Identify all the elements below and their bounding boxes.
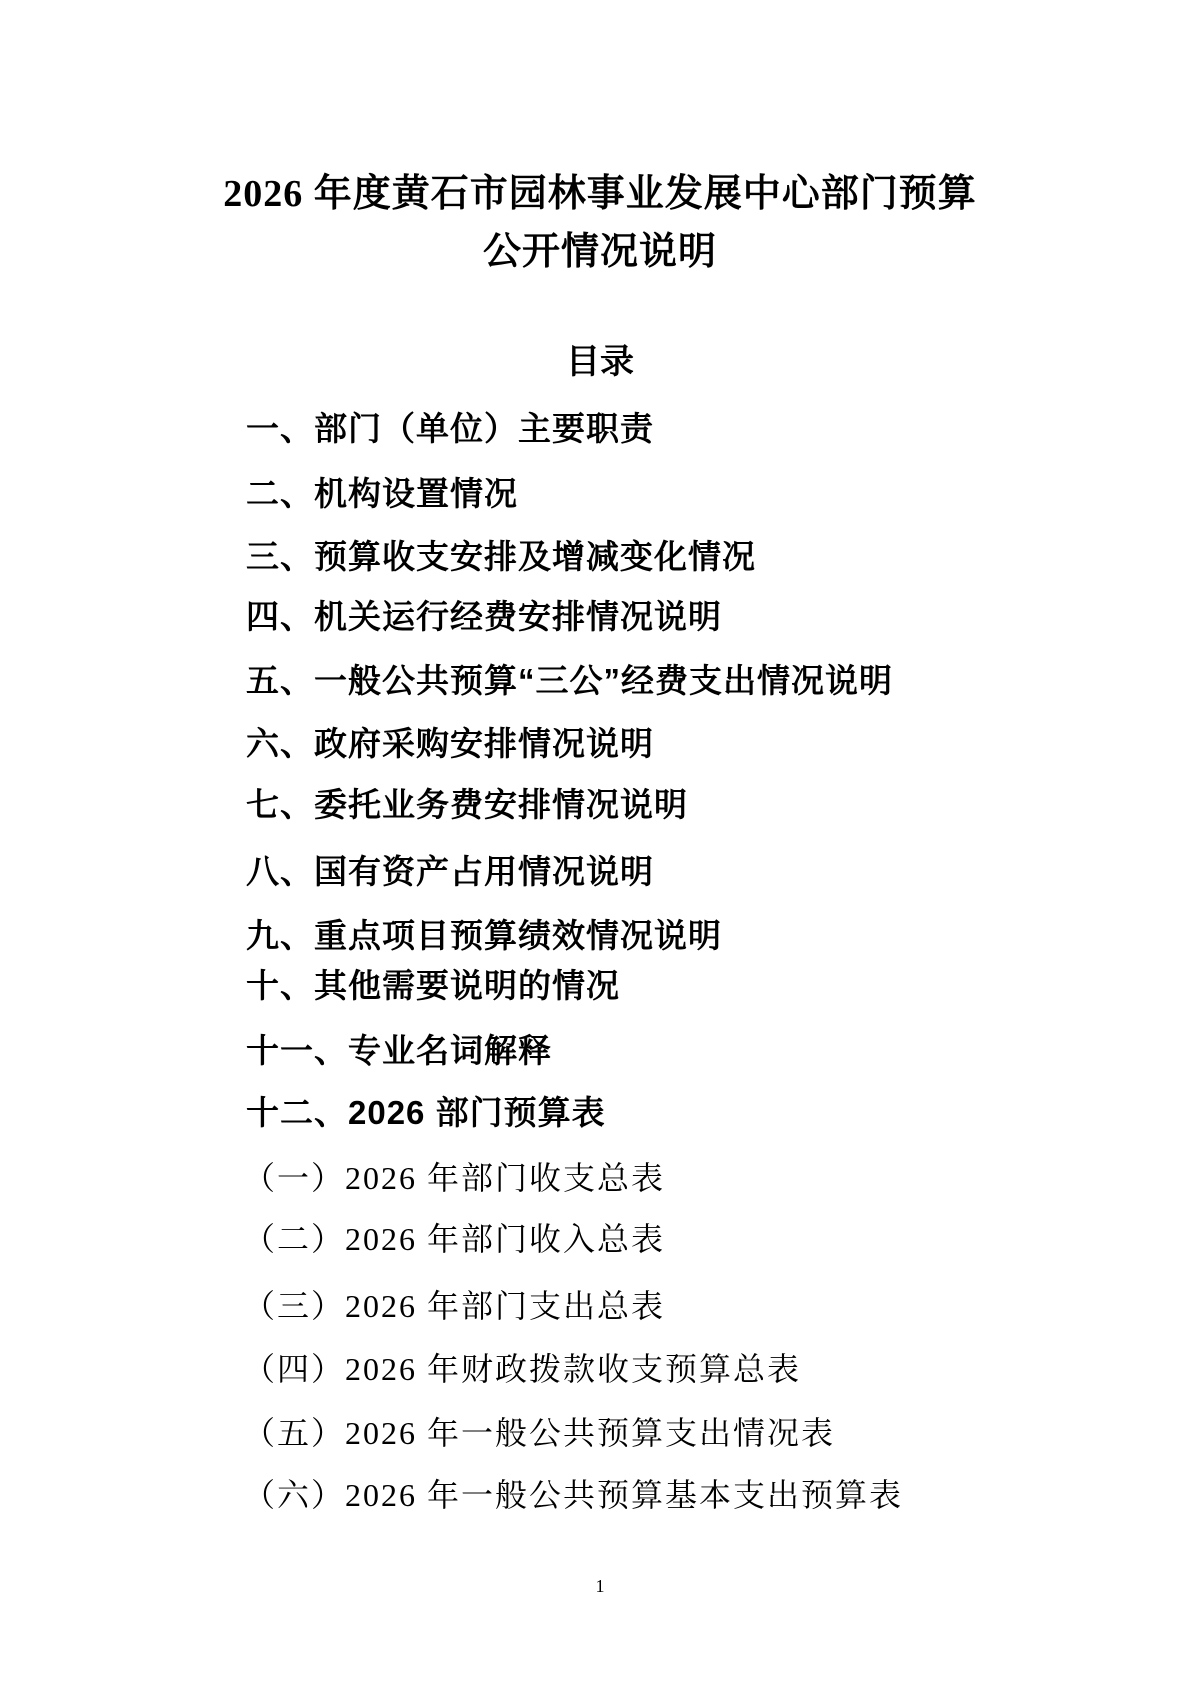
toc-subitem-1: （一）2026 年部门收支总表 bbox=[243, 1161, 665, 1195]
toc-item-12: 十二、2026 部门预算表 bbox=[246, 1096, 606, 1130]
toc-item-9: 九、重点项目预算绩效情况说明 bbox=[246, 919, 722, 953]
toc-item-1: 一、部门（单位）主要职责 bbox=[246, 412, 654, 446]
document-title: 2026 年度黄石市园林事业发展中心部门预算 公开情况说明 bbox=[0, 165, 1200, 281]
toc-heading: 目录 bbox=[0, 344, 1200, 380]
toc-item-5: 五、一般公共预算“三公”经费支出情况说明 bbox=[246, 664, 893, 698]
toc-item-6: 六、政府采购安排情况说明 bbox=[246, 727, 654, 761]
toc-item-4: 四、机关运行经费安排情况说明 bbox=[246, 600, 722, 634]
document-page: 2026 年度黄石市园林事业发展中心部门预算 公开情况说明 目录 一、部门（单位… bbox=[0, 0, 1200, 1697]
toc-subitem-6: （六）2026 年一般公共预算基本支出预算表 bbox=[243, 1478, 903, 1512]
toc-subitem-5: （五）2026 年一般公共预算支出情况表 bbox=[243, 1416, 835, 1450]
toc-item-7: 七、委托业务费安排情况说明 bbox=[246, 788, 688, 822]
document-title-line1: 2026 年度黄石市园林事业发展中心部门预算 bbox=[0, 165, 1200, 223]
document-title-line2: 公开情况说明 bbox=[0, 223, 1200, 281]
toc-subitem-2: （二）2026 年部门收入总表 bbox=[243, 1222, 665, 1256]
toc-item-3: 三、预算收支安排及增减变化情况 bbox=[246, 540, 756, 574]
toc-item-2: 二、机构设置情况 bbox=[246, 477, 518, 511]
toc-subitem-3: （三）2026 年部门支出总表 bbox=[243, 1289, 665, 1323]
toc-item-10: 十、其他需要说明的情况 bbox=[246, 969, 620, 1003]
page-number: 1 bbox=[0, 1576, 1200, 1596]
toc-item-8: 八、国有资产占用情况说明 bbox=[246, 855, 654, 889]
toc-subitem-4: （四）2026 年财政拨款收支预算总表 bbox=[243, 1352, 801, 1386]
toc-item-11: 十一、专业名词解释 bbox=[246, 1034, 552, 1068]
